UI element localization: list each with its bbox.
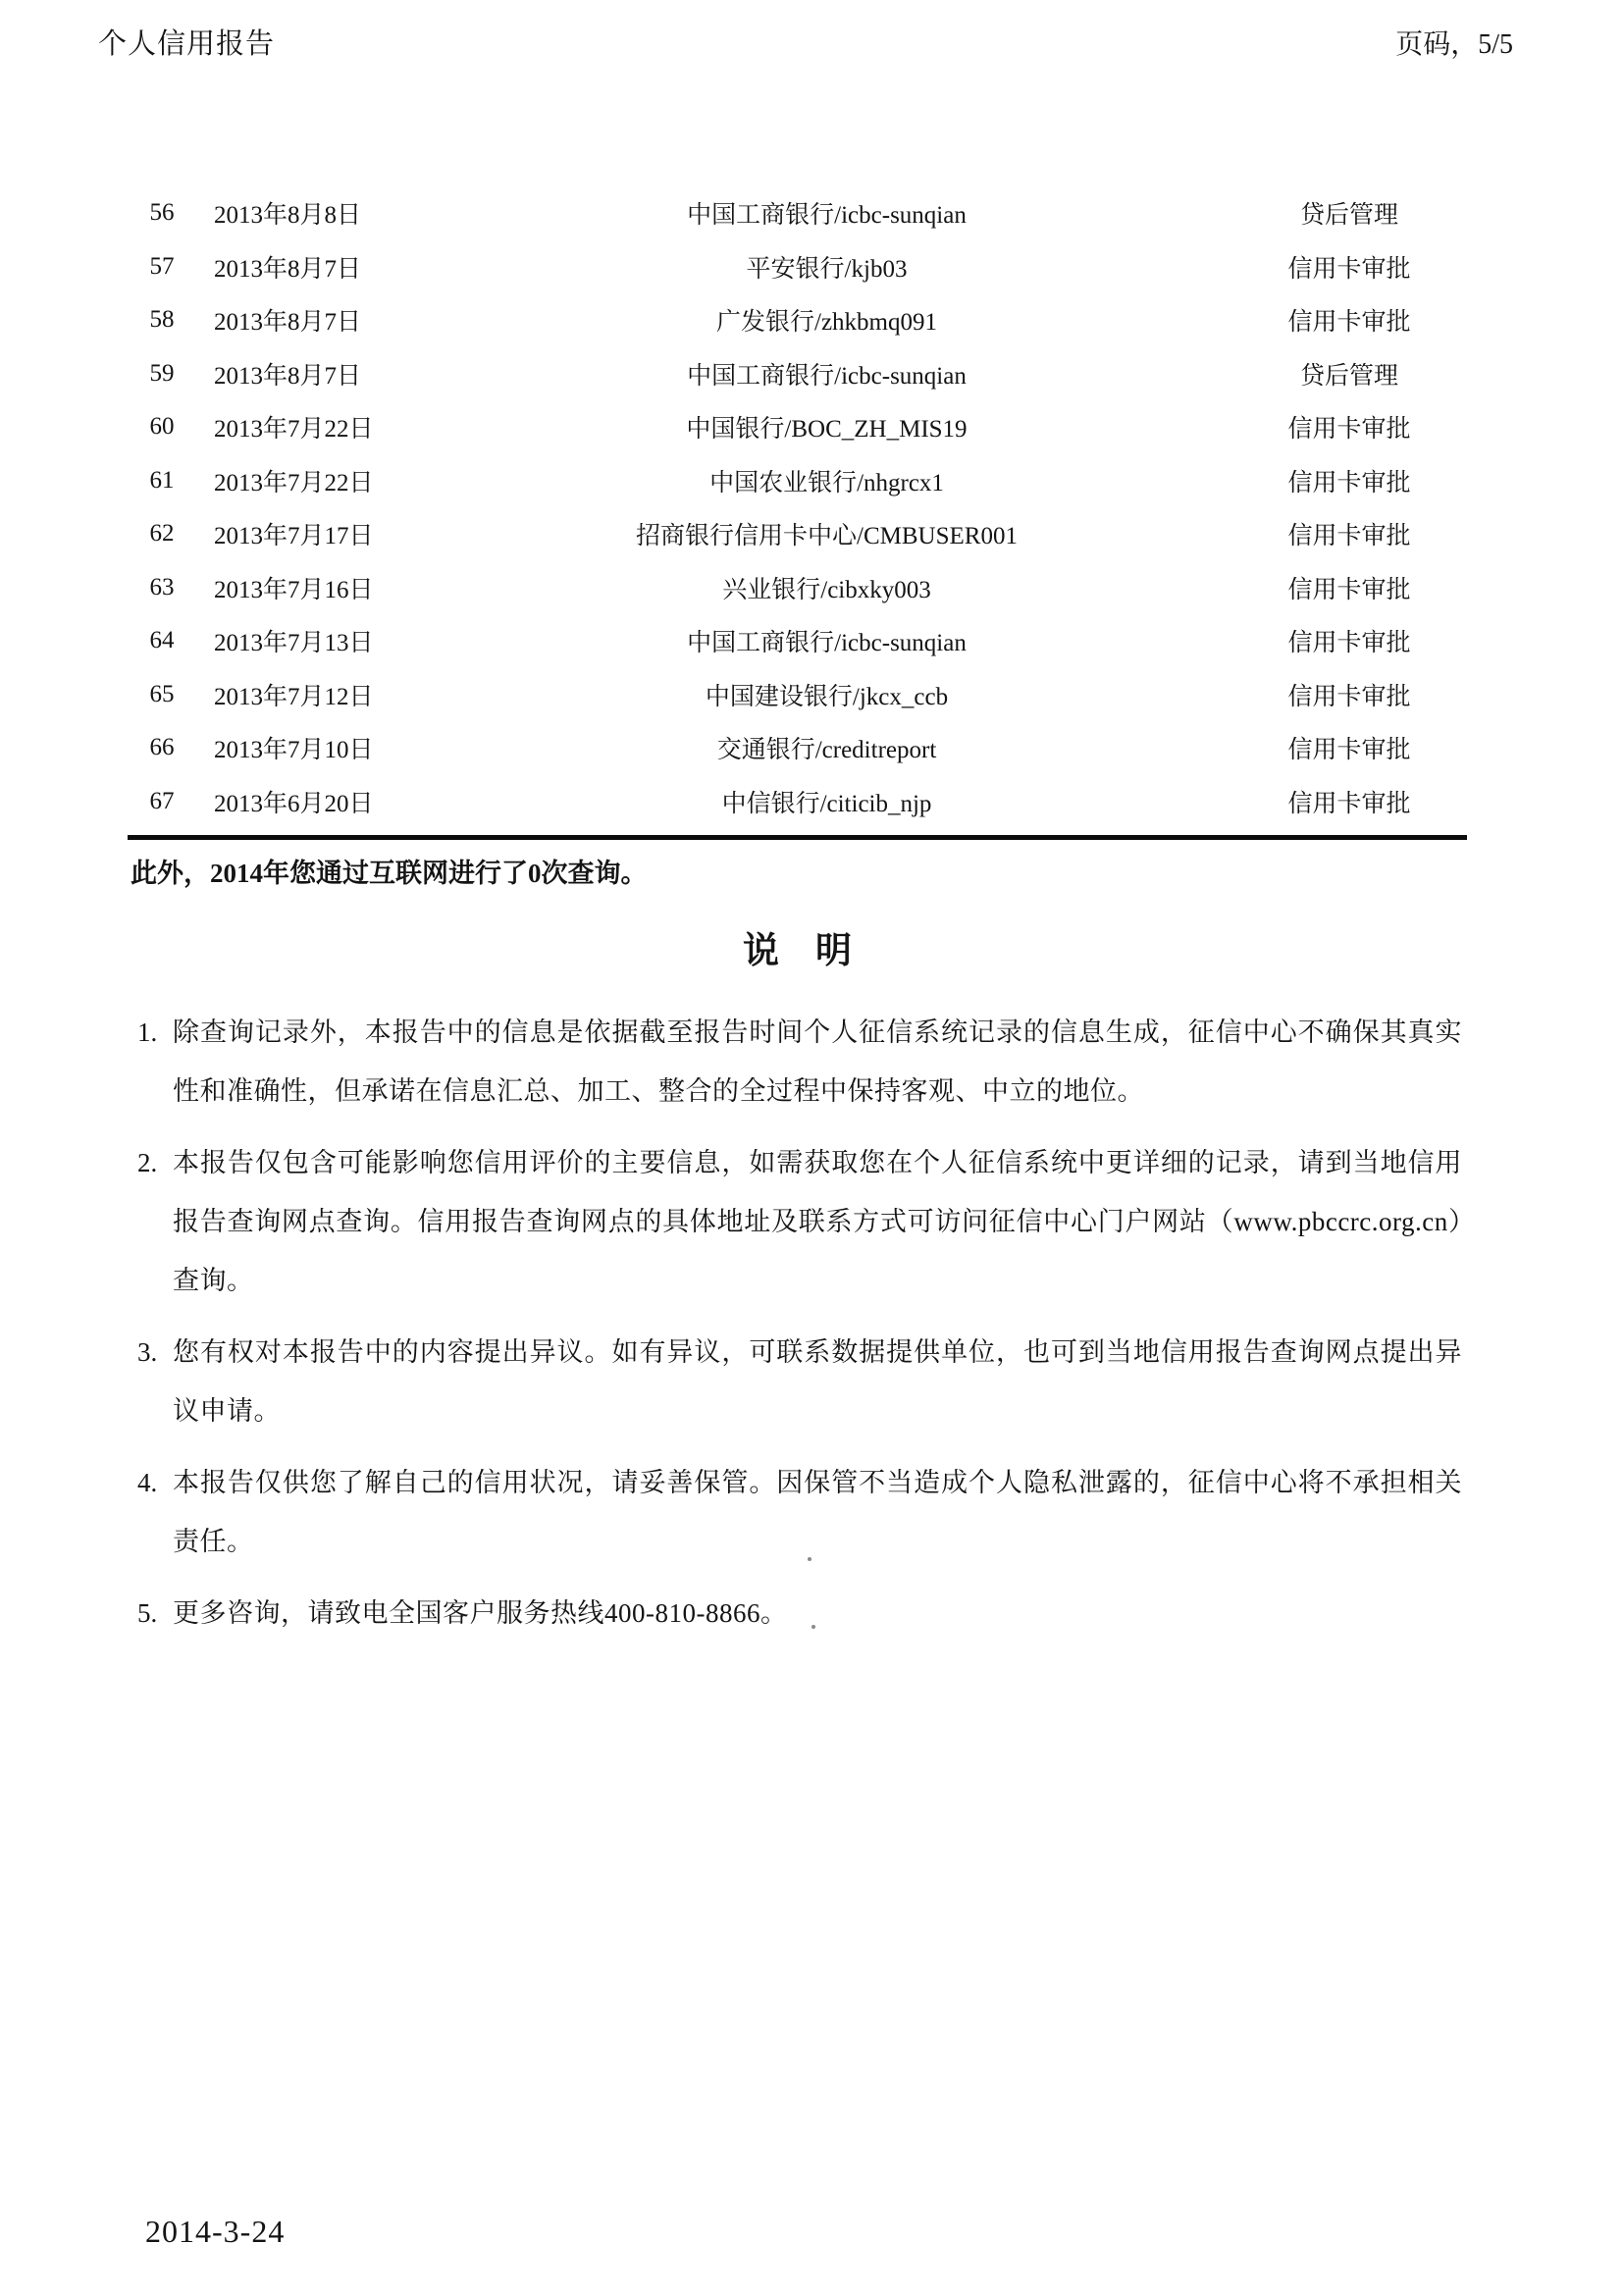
query-operator: 中国工商银行/icbc-sunqian — [422, 356, 1231, 391]
query-record-row: 612013年7月22日中国农业银行/nhgrcx1信用卡审批 — [128, 454, 1467, 508]
note-item: 2.本报告仅包含可能影响您信用评价的主要信息，如需获取您在个人征信系统中更详细的… — [137, 1133, 1462, 1310]
record-number: 63 — [128, 574, 196, 601]
query-operator: 中国建设银行/jkcx_ccb — [422, 677, 1231, 712]
query-date: 2013年7月17日 — [196, 516, 422, 551]
query-record-row: 602013年7月22日中国银行/BOC_ZH_MIS19信用卡审批 — [128, 400, 1467, 454]
query-date: 2013年7月22日 — [196, 409, 422, 444]
note-text: 除查询记录外，本报告中的信息是依据截至报告时间个人征信系统记录的信息生成，征信中… — [173, 1003, 1462, 1121]
query-operator: 平安银行/kjb03 — [422, 249, 1231, 285]
report-date: 2014-3-24 — [145, 2214, 285, 2250]
query-date: 2013年8月8日 — [196, 195, 422, 231]
credit-report-page: 个人信用报告 页码，5/5 562013年8月8日中国工商银行/icbc-sun… — [0, 0, 1623, 2296]
query-date: 2013年6月20日 — [196, 784, 422, 819]
scan-artifact — [811, 1625, 815, 1629]
query-record-row: 562013年8月8日中国工商银行/icbc-sunqian贷后管理 — [128, 186, 1467, 240]
query-operator: 广发银行/zhkbmq091 — [422, 302, 1231, 338]
record-number: 58 — [128, 306, 196, 334]
query-reason: 信用卡审批 — [1231, 463, 1467, 498]
query-record-row: 652013年7月12日中国建设银行/jkcx_ccb信用卡审批 — [128, 668, 1467, 722]
query-record-row: 592013年8月7日中国工商银行/icbc-sunqian贷后管理 — [128, 347, 1467, 401]
page-header: 个人信用报告 页码，5/5 — [98, 22, 1513, 62]
record-number: 56 — [128, 199, 196, 227]
query-record-row: 632013年7月16日兴业银行/cibxky003信用卡审批 — [128, 561, 1467, 615]
query-record-row: 622013年7月17日招商银行信用卡中心/CMBUSER001信用卡审批 — [128, 507, 1467, 561]
query-date: 2013年7月13日 — [196, 623, 422, 658]
note-item: 4.本报告仅供您了解自己的信用状况，请妥善保管。因保管不当造成个人隐私泄露的，征… — [137, 1453, 1462, 1571]
query-reason: 信用卡审批 — [1231, 409, 1467, 444]
note-number: 3. — [137, 1323, 173, 1440]
query-date: 2013年7月12日 — [196, 677, 422, 712]
query-operator: 中国工商银行/icbc-sunqian — [422, 623, 1231, 658]
note-text: 更多咨询，请致电全国客户服务热线400-810-8866。 — [173, 1584, 1462, 1643]
notes-list: 1.除查询记录外，本报告中的信息是依据截至报告时间个人征信系统记录的信息生成，征… — [137, 1003, 1462, 1655]
note-text: 本报告仅包含可能影响您信用评价的主要信息，如需获取您在个人征信系统中更详细的记录… — [173, 1133, 1462, 1310]
note-item: 1.除查询记录外，本报告中的信息是依据截至报告时间个人征信系统记录的信息生成，征… — [137, 1003, 1462, 1121]
record-number: 59 — [128, 360, 196, 388]
page-number-label: 页码，5/5 — [1395, 23, 1513, 62]
query-reason: 贷后管理 — [1231, 356, 1467, 391]
query-operator: 兴业银行/cibxky003 — [422, 570, 1231, 605]
note-number: 1. — [137, 1003, 173, 1121]
notes-heading: 说 明 — [128, 920, 1467, 973]
query-record-row: 582013年8月7日广发银行/zhkbmq091信用卡审批 — [128, 293, 1467, 347]
query-record-row: 572013年8月7日平安银行/kjb03信用卡审批 — [128, 240, 1467, 294]
query-record-row: 642013年7月13日中国工商银行/icbc-sunqian信用卡审批 — [128, 614, 1467, 668]
query-reason: 信用卡审批 — [1231, 516, 1467, 551]
record-number: 57 — [128, 253, 196, 281]
record-number: 67 — [128, 788, 196, 815]
query-operator: 招商银行信用卡中心/CMBUSER001 — [422, 516, 1231, 551]
query-operator: 中国工商银行/icbc-sunqian — [422, 195, 1231, 231]
note-text: 您有权对本报告中的内容提出异议。如有异议，可联系数据提供单位，也可到当地信用报告… — [173, 1323, 1462, 1440]
record-number: 61 — [128, 467, 196, 495]
page-title: 个人信用报告 — [98, 22, 275, 62]
query-date: 2013年7月10日 — [196, 730, 422, 765]
query-operator: 中信银行/citicib_njp — [422, 784, 1231, 819]
query-reason: 信用卡审批 — [1231, 249, 1467, 285]
query-date: 2013年8月7日 — [196, 356, 422, 391]
scan-artifact — [808, 1557, 811, 1561]
query-date: 2013年7月22日 — [196, 463, 422, 498]
query-record-row: 672013年6月20日中信银行/citicib_njp信用卡审批 — [128, 775, 1467, 829]
record-number: 60 — [128, 413, 196, 441]
query-reason: 信用卡审批 — [1231, 570, 1467, 605]
query-records-table: 562013年8月8日中国工商银行/icbc-sunqian贷后管理572013… — [128, 186, 1467, 840]
query-operator: 中国农业银行/nhgrcx1 — [422, 463, 1231, 498]
note-number: 2. — [137, 1133, 173, 1310]
query-reason: 信用卡审批 — [1231, 730, 1467, 765]
record-number: 62 — [128, 520, 196, 548]
query-reason: 信用卡审批 — [1231, 677, 1467, 712]
note-item: 5.更多咨询，请致电全国客户服务热线400-810-8866。 — [137, 1584, 1462, 1643]
query-date: 2013年8月7日 — [196, 249, 422, 285]
query-record-row: 662013年7月10日交通银行/creditreport信用卡审批 — [128, 721, 1467, 775]
record-number: 64 — [128, 627, 196, 654]
query-date: 2013年7月16日 — [196, 570, 422, 605]
query-reason: 信用卡审批 — [1231, 302, 1467, 338]
note-number: 5. — [137, 1584, 173, 1643]
note-item: 3.您有权对本报告中的内容提出异议。如有异议，可联系数据提供单位，也可到当地信用… — [137, 1323, 1462, 1440]
record-number: 66 — [128, 734, 196, 761]
query-reason: 贷后管理 — [1231, 195, 1467, 231]
note-number: 4. — [137, 1453, 173, 1571]
query-date: 2013年8月7日 — [196, 302, 422, 338]
internet-query-note: 此外，2014年您通过互联网进行了0次查询。 — [131, 852, 648, 890]
query-operator: 中国银行/BOC_ZH_MIS19 — [422, 409, 1231, 444]
record-number: 65 — [128, 681, 196, 708]
query-reason: 信用卡审批 — [1231, 784, 1467, 819]
note-text: 本报告仅供您了解自己的信用状况，请妥善保管。因保管不当造成个人隐私泄露的，征信中… — [173, 1453, 1462, 1571]
query-reason: 信用卡审批 — [1231, 623, 1467, 658]
query-operator: 交通银行/creditreport — [422, 730, 1231, 765]
